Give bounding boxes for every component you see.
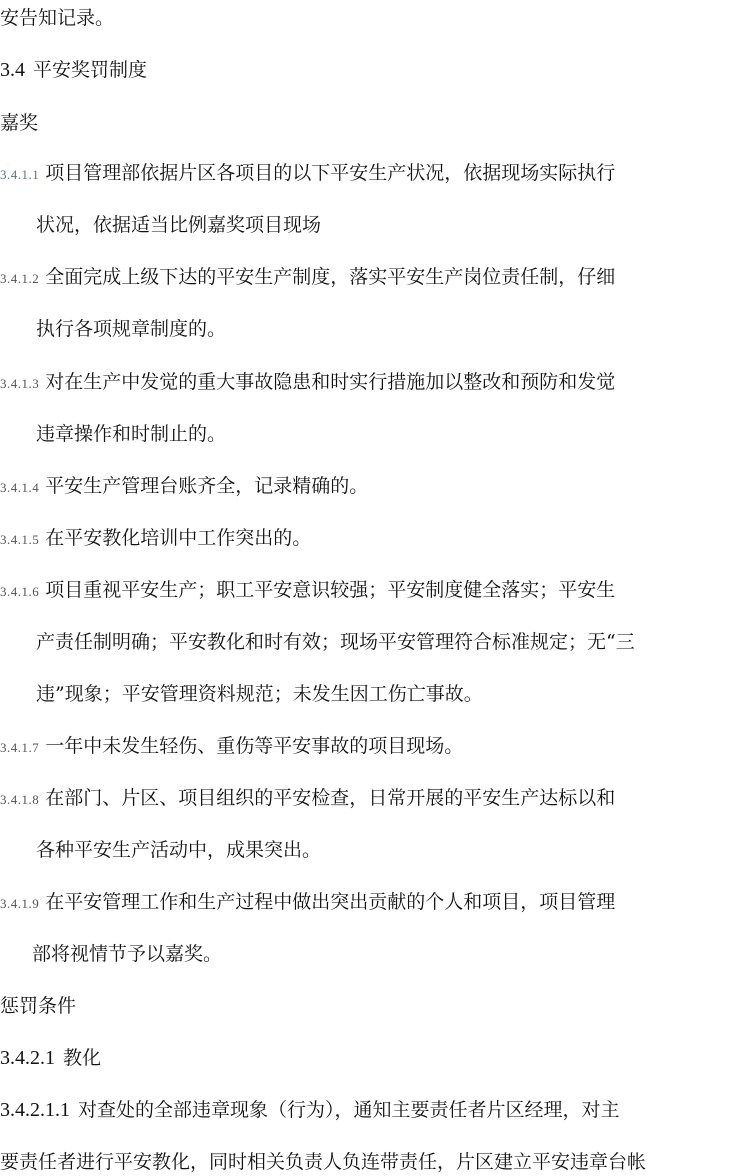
penalty-subheading: 3.4.2.1教化 <box>0 1046 101 1070</box>
item-number: 3.4.1.3 <box>0 376 39 391</box>
rewards-heading: 嘉奖 <box>0 111 38 135</box>
item-number: 3.4.1.2 <box>0 271 39 286</box>
item-number: 3.4.1.4 <box>0 480 39 495</box>
item-number: 3.4.1.8 <box>0 792 39 807</box>
reward-item-2: 3.4.1.2全面完成上级下达的平安生产制度，落实平安生产岗位责任制，仔细 <box>0 265 615 291</box>
item-number: 3.4.2.1.1 <box>0 1099 70 1121</box>
item-number: 3.4.1.9 <box>0 896 39 911</box>
item-number: 3.4.1.7 <box>0 740 39 755</box>
reward-item-8-cont: 各种平安生产活动中，成果突出。 <box>36 838 321 862</box>
item-text: 对查处的全部违章现象（行为），通知主要责任者片区经理，对主 <box>78 1099 620 1121</box>
reward-item-2-cont: 执行各项规章制度的。 <box>36 317 226 341</box>
reward-item-1: 3.4.1.1项目管理部依据片区各项目的以下平安生产状况，依据现场实际执行 <box>0 161 615 187</box>
reward-item-3: 3.4.1.3对在生产中发觉的重大事故隐患和时实行措施加以整改和预防和发觉 <box>0 370 615 396</box>
reward-item-6-cont-2: 违”现象；平安管理资料规范；未发生因工伤亡事故。 <box>36 682 483 706</box>
item-text: 全面完成上级下达的平安生产制度，落实平安生产岗位责任制，仔细 <box>45 266 615 288</box>
reward-item-9: 3.4.1.9在平安管理工作和生产过程中做出突出贡献的个人和项目，项目管理 <box>0 890 615 916</box>
item-text: 平安生产管理台账齐全，记录精确的。 <box>45 475 368 497</box>
subsection-number: 3.4.2.1 <box>0 1047 55 1069</box>
reward-item-6: 3.4.1.6项目重视平安生产；职工平安意识较强；平安制度健全落实；平安生 <box>0 578 615 604</box>
reward-item-8: 3.4.1.8在部门、片区、项目组织的平安检查，日常开展的平安生产达标以和 <box>0 786 615 812</box>
item-text: 项目重视平安生产；职工平安意识较强；平安制度健全落实；平安生 <box>45 579 615 601</box>
reward-item-5: 3.4.1.5在平安教化培训中工作突出的。 <box>0 526 311 552</box>
item-text: 在平安教化培训中工作突出的。 <box>45 527 311 549</box>
item-number: 3.4.1.1 <box>0 167 39 182</box>
section-heading: 3.4平安奖罚制度 <box>0 58 147 82</box>
item-text: 项目管理部依据片区各项目的以下平安生产状况，依据现场实际执行 <box>45 162 615 184</box>
item-text: 在平安管理工作和生产过程中做出突出贡献的个人和项目，项目管理 <box>45 891 615 913</box>
reward-item-3-cont: 违章操作和时制止的。 <box>36 422 226 446</box>
item-text: 在部门、片区、项目组织的平安检查，日常开展的平安生产达标以和 <box>45 787 615 809</box>
reward-item-7: 3.4.1.7一年中未发生轻伤、重伤等平安事故的项目现场。 <box>0 734 463 760</box>
intro-tail-text: 安告知记录。 <box>0 6 114 30</box>
reward-item-1-cont: 状况，依据适当比例嘉奖项目现场 <box>36 213 321 237</box>
reward-item-6-cont-1: 产责任制明确；平安教化和时有效；现场平安管理符合标准规定；无“三 <box>36 630 635 654</box>
subsection-title: 教化 <box>63 1047 101 1069</box>
reward-item-9-cont: 部将视情节予以嘉奖。 <box>32 942 222 966</box>
reward-item-4: 3.4.1.4平安生产管理台账齐全，记录精确的。 <box>0 474 368 500</box>
item-number: 3.4.1.5 <box>0 532 39 547</box>
item-text: 一年中未发生轻伤、重伤等平安事故的项目现场。 <box>45 735 463 757</box>
item-text: 对在生产中发觉的重大事故隐患和时实行措施加以整改和预防和发觉 <box>45 371 615 393</box>
section-title: 平安奖罚制度 <box>33 59 147 81</box>
item-number: 3.4.1.6 <box>0 584 39 599</box>
penalty-item-1: 3.4.2.1.1对查处的全部违章现象（行为），通知主要责任者片区经理，对主 <box>0 1098 620 1122</box>
section-number: 3.4 <box>0 59 25 81</box>
penalty-heading: 惩罚条件 <box>0 994 76 1018</box>
penalty-item-1-cont: 要责任者进行平安教化，同时相关负责人负连带责任，片区建立平安违章台帐 <box>0 1150 646 1174</box>
